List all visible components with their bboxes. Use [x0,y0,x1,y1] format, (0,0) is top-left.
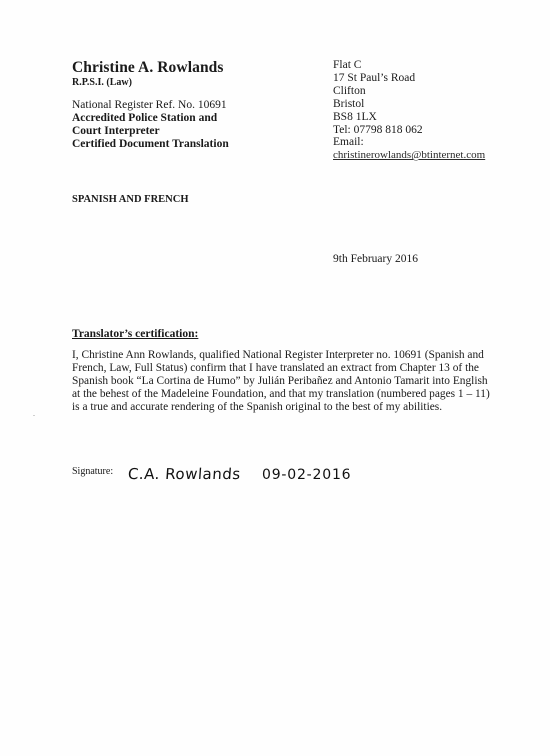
address-line: Bristol [333,98,533,111]
telephone: Tel: 07798 818 062 [333,124,533,137]
certification-line: Spanish book “La Cortina de Humo” by Jul… [72,375,492,388]
certification-line: at the behest of the Madeleine Foundatio… [72,388,492,401]
credential-line: Certified Document Translation [72,138,302,151]
address-line: 17 St Paul’s Road [333,72,533,85]
certification-body: I, Christine Ann Rowlands, qualified Nat… [72,349,492,414]
document-page: Christine A. Rowlands R.P.S.I. (Law) Nat… [0,0,550,756]
email-link[interactable]: christinerowlands@btinternet.com [333,149,533,162]
sender-name: Christine A. Rowlands [72,59,302,76]
languages-heading: SPANISH AND FRENCH [72,194,188,205]
address-line: BS8 1LX [333,111,533,124]
address-line: Flat C [333,59,533,72]
certification-line: French, Law, Full Status) confirm that I… [72,362,492,375]
sender-qualification: R.P.S.I. (Law) [72,76,302,89]
credential-line: Accredited Police Station and [72,112,302,125]
credential-line: Court Interpreter [72,125,302,138]
email-label: Email: [333,136,533,149]
signature-label: Signature: [72,466,113,477]
certification-line: I, Christine Ann Rowlands, qualified Nat… [72,349,492,362]
document-date: 9th February 2016 [333,253,418,265]
handwritten-date: 09-02-2016 [262,467,351,483]
certification-line: is a true and accurate rendering of the … [72,401,492,414]
sender-block: Christine A. Rowlands R.P.S.I. (Law) Nat… [72,59,302,151]
handwritten-signature: C.A. Rowlands [127,465,241,483]
register-reference: National Register Ref. No. 10691 [72,99,302,112]
certification-heading: Translator’s certification: [72,328,198,340]
scan-artifact [33,415,35,416]
address-line: Clifton [333,85,533,98]
address-block: Flat C 17 St Paul’s Road Clifton Bristol… [333,59,533,162]
